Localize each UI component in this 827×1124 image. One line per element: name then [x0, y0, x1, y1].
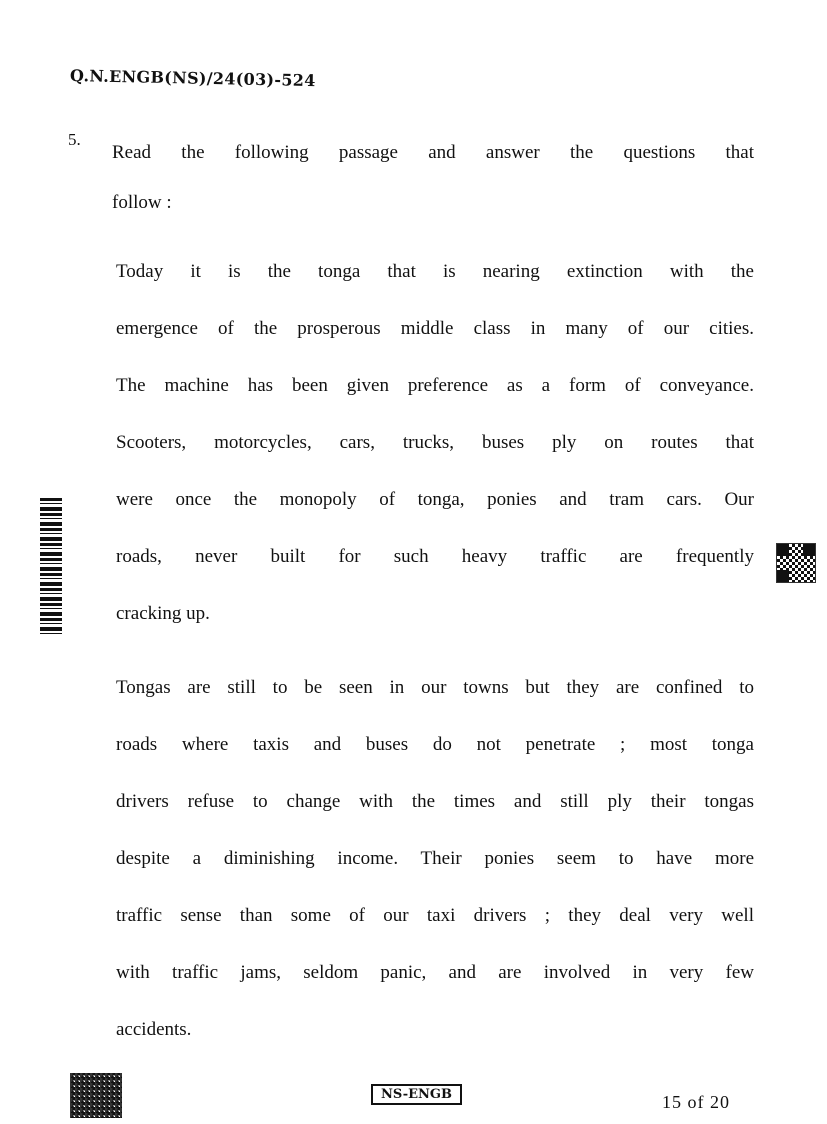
barcode-icon [40, 498, 62, 634]
passage-paragraph-2: Tongas are still to be seen in our towns… [116, 672, 754, 1071]
passage-line: Today it is the tonga that is nearing ex… [116, 256, 754, 313]
question-instruction: Read the following passage and answer th… [112, 128, 754, 228]
passage-line: traffic sense than some of our taxi driv… [116, 900, 754, 957]
instruction-line-2: follow : [112, 192, 172, 213]
passage-line: were once the monopoly of tonga, ponies … [116, 484, 754, 541]
passage-line: despite a diminishing income. Their poni… [116, 843, 754, 900]
qr-code-icon [776, 543, 816, 583]
paper-code: Q.N.ENGB(NS)/24(03)-524 [70, 66, 316, 90]
passage-line: Tongas are still to be seen in our towns… [116, 672, 754, 729]
page-indicator: 15 of 20 [662, 1092, 730, 1113]
passage-line: accidents. [116, 1014, 754, 1071]
passage-paragraph-1: Today it is the tonga that is nearing ex… [116, 256, 754, 655]
passage-line: Scooters, motorcycles, cars, trucks, bus… [116, 427, 754, 484]
question-number: 5. [68, 130, 81, 150]
passage-line: emergence of the prosperous middle class… [116, 313, 754, 370]
datamatrix-code-icon [70, 1073, 122, 1118]
passage-line: cracking up. [116, 598, 754, 655]
passage-line: with traffic jams, seldom panic, and are… [116, 957, 754, 1014]
instruction-line-1: Read the following passage and answer th… [112, 128, 754, 178]
passage-line: The machine has been given preference as… [116, 370, 754, 427]
passage-line: drivers refuse to change with the times … [116, 786, 754, 843]
series-code-box: NS-ENGB [371, 1084, 462, 1105]
passage-line: roads, never built for such heavy traffi… [116, 541, 754, 598]
passage-line: roads where taxis and buses do not penet… [116, 729, 754, 786]
